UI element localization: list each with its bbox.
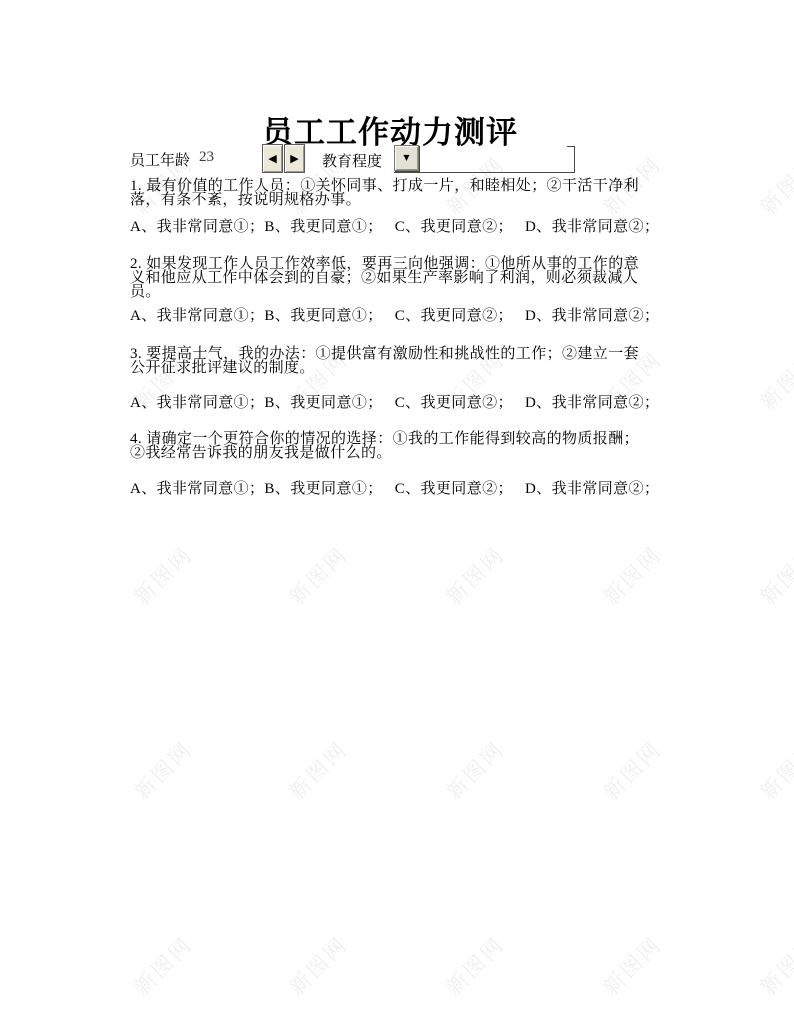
watermark-text: 新图网: [439, 539, 511, 611]
question-2-text: 2. 如果发现工作人员工作效率低，要再三向他强调：①他所从事的工作的意 义和他应…: [130, 257, 690, 299]
watermark-text: 新图网: [753, 344, 794, 416]
question-line: 义和他应从工作中体会到的自豪；②如果生产率影响了利润，则必须裁减人: [130, 271, 690, 285]
watermark-text: 新图网: [127, 929, 199, 1001]
question-4-text: 4. 请确定一个更符合你的情况的选择：①我的工作能得到较高的物质报酬； ②我经常…: [130, 432, 690, 460]
question-line: ②我经常告诉我的朋友我是做什么的。: [130, 446, 690, 460]
age-spinner-decrement-button[interactable]: ◀: [262, 144, 283, 173]
watermark-text: 新图网: [439, 929, 511, 1001]
question-line: 公开征求批评建议的制度。: [130, 361, 690, 375]
question-line: 落，有条不紊，按说明规格办事。: [130, 193, 690, 207]
watermark-text: 新图网: [282, 539, 354, 611]
age-label: 员工年龄: [130, 149, 190, 170]
education-dropdown-button[interactable]: ▼: [394, 145, 419, 171]
question-1-options: A、我非常同意①；B、我更同意①； C、我更同意②； D、我非常同意②；: [130, 220, 690, 235]
question-line: 2. 如果发现工作人员工作效率低，要再三向他强调：①他所从事的工作的意: [130, 257, 690, 271]
education-label: 教育程度: [322, 150, 382, 171]
question-2-options: A、我非常同意①；B、我更同意①； C、我更同意②； D、我非常同意②；: [130, 309, 690, 324]
question-line: 4. 请确定一个更符合你的情况的选择：①我的工作能得到较高的物质报酬；: [130, 432, 690, 446]
question-3-text: 3. 要提高士气，我的办法：①提供富有激励性和挑战性的工作；②建立一套 公开征求…: [130, 347, 690, 375]
age-spinner: ◀ ▶: [262, 144, 305, 173]
watermark-text: 新图网: [596, 929, 668, 1001]
watermark-text: 新图网: [127, 539, 199, 611]
arrow-left-icon: ◀: [268, 153, 276, 164]
question-line: 3. 要提高士气，我的办法：①提供富有激励性和挑战性的工作；②建立一套: [130, 347, 690, 361]
watermark-text: 新图网: [753, 149, 794, 221]
age-spinner-increment-button[interactable]: ▶: [284, 144, 305, 173]
watermark-text: 新图网: [596, 734, 668, 806]
education-combobox-field[interactable]: ▼: [394, 146, 575, 173]
question-3-options: A、我非常同意①；B、我更同意①； C、我更同意②； D、我非常同意②；: [130, 396, 690, 411]
question-4-options: A、我非常同意①；B、我更同意①； C、我更同意②； D、我非常同意②；: [130, 482, 690, 497]
arrow-right-icon: ▶: [290, 153, 298, 164]
watermark-text: 新图网: [753, 929, 794, 1001]
page-title: 员工工作动力测评: [0, 107, 780, 152]
watermark-text: 新图网: [753, 539, 794, 611]
chevron-down-icon: ▼: [403, 154, 409, 162]
watermark-text: 新图网: [282, 929, 354, 1001]
watermark-text: 新图网: [439, 734, 511, 806]
watermark-text: 新图网: [596, 539, 668, 611]
question-1-text: 1. 最有价值的工作人员：①关怀同事、打成一片，和睦相处；②干活干净利 落，有条…: [130, 179, 690, 207]
watermark-text: 新图网: [282, 734, 354, 806]
watermark-text: 新图网: [127, 734, 199, 806]
watermark-text: 新图网: [753, 734, 794, 806]
question-line: 1. 最有价值的工作人员：①关怀同事、打成一片，和睦相处；②干活干净利: [130, 179, 690, 193]
question-line: 员。: [130, 285, 690, 299]
age-value: 23: [199, 149, 214, 166]
